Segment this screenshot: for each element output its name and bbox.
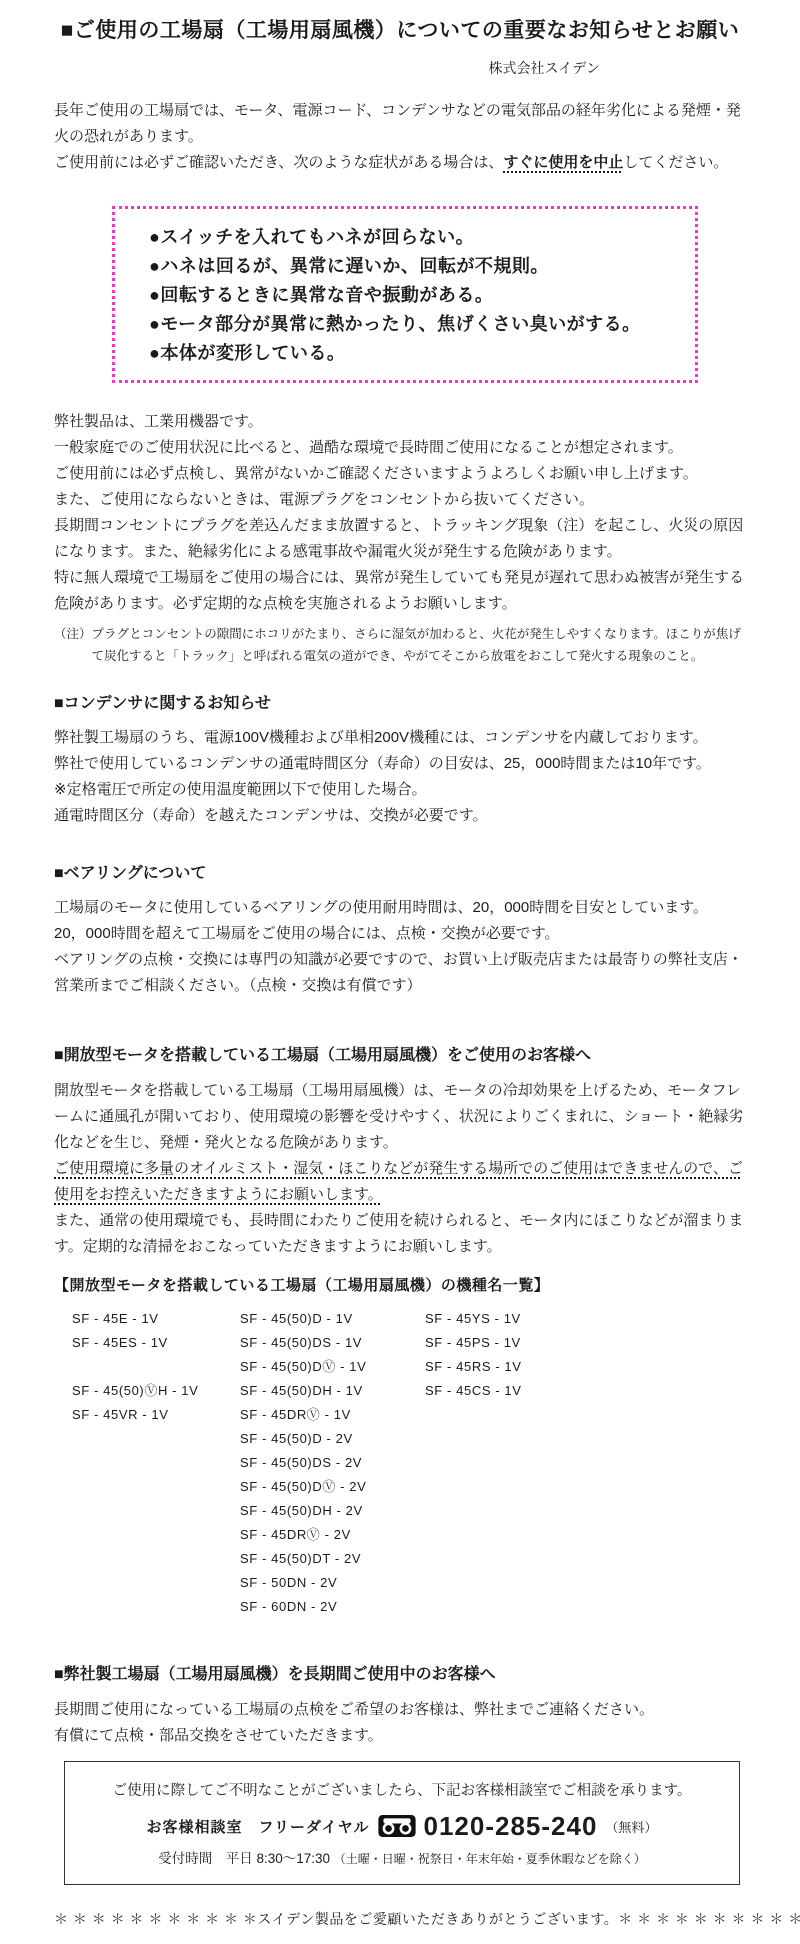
- section-heading-open-motor: ■開放型モータを搭載している工場扇（工場用扇風機）をご使用のお客様へ: [54, 1045, 746, 1067]
- stop-use-emphasis: すぐに使用を中止: [503, 154, 623, 171]
- model-name: SF - 45ES - 1V: [72, 1331, 240, 1355]
- bearing-paragraph: 工場扇のモータに使用しているベアリングの使用耐用時間は、20，000時間を目安と…: [54, 895, 746, 921]
- customer-support-box: ご使用に際してご不明なことがございましたら、下記お客様相談室でご相談を承ります。…: [64, 1761, 740, 1885]
- open-motor-paragraph-1: 開放型モータを搭載している工場扇（工場用扇風機）は、モータの冷却効果を上げるため…: [54, 1078, 746, 1156]
- thanks-footer: ＊ ＊ ＊ ＊ ＊ ＊ ＊ ＊ ＊ ＊ ＊スイデン製品をご愛顧いただきありがとう…: [54, 1909, 746, 1929]
- general-paragraph: ご使用前には必ず点検し、異常がないかご確認くださいますようよろしくお願い申し上げ…: [54, 461, 746, 487]
- intro-line-2-post: してください。: [623, 154, 728, 171]
- usage-restriction-emphasis: ご使用環境に多量のオイルミスト・湿気・ほこりなどが発生する場所でのご使用はできま…: [54, 1160, 743, 1203]
- condenser-paragraph: 通電時間区分（寿命）を越えたコンデンサは、交換が必要です。: [54, 803, 746, 829]
- long-use-paragraph: 長期間ご使用になっている工場扇の点検をご希望のお客様は、弊社までご連絡ください。: [54, 1697, 746, 1723]
- tracking-footnote: （注）プラグとコンセントの隙間にホコリがたまり、さらに湿気が加わると、火花が発生…: [54, 623, 746, 667]
- bearing-paragraph: ベアリングの点検・交換には専門の知識が必要ですので、お買い上げ販売店または最寄り…: [54, 947, 746, 999]
- model-name: SF - 45(50)DⓋ - 2V: [240, 1475, 425, 1499]
- phone-number: 0120-285-240: [424, 1810, 598, 1842]
- general-paragraph: 特に無人環境で工場扇をご使用の場合には、異常が発生していても発見が遅れて思わぬ被…: [54, 565, 746, 617]
- intro-section: 長年ご使用の工場扇では、モータ、電源コード、コンデンサなどの電気部品の経年劣化に…: [54, 98, 746, 176]
- model-name: SF - 45DRⓋ - 1V: [240, 1403, 425, 1427]
- model-list-heading: 【開放型モータを搭載している工場扇（工場用扇風機）の機種名一覧】: [54, 1275, 746, 1296]
- notice-document: ■ご使用の工場扇（工場用扇風機）についての重要なお知らせとお願い 株式会社スイデ…: [0, 0, 800, 1929]
- general-paragraph: 長期間コンセントにプラグを差込んだまま放置すると、トラッキング現象（注）を起こし…: [54, 513, 746, 565]
- section-heading-bearing: ■ベアリングについて: [54, 863, 746, 885]
- model-list-column-1: SF - 45E - 1V SF - 45ES - 1V SF - 45(50)…: [72, 1307, 240, 1619]
- model-name: SF - 45(50)DS - 2V: [240, 1451, 425, 1475]
- long-use-body: 長期間ご使用になっている工場扇の点検をご希望のお客様は、弊社までご連絡ください。…: [54, 1697, 746, 1749]
- hours-note: （土曜・日曜・祝祭日・年末年始・夏季休暇などを除く）: [334, 1852, 646, 1866]
- condenser-body: 弊社製工場扇のうち、電源100V機種および単相200V機種には、コンデンサを内蔵…: [54, 725, 746, 829]
- hours-label: 受付時間 平日 8:30～17:30: [158, 1851, 330, 1866]
- model-name: SF - 45(50)ⓋH - 1V: [72, 1379, 240, 1403]
- bearing-body: 工場扇のモータに使用しているベアリングの使用耐用時間は、20，000時間を目安と…: [54, 895, 746, 999]
- open-motor-paragraph-3: また、通常の使用環境でも、長時間にわたりご使用を続けられると、モータ内にほこりな…: [54, 1208, 746, 1260]
- symptom-item: ●スイッチを入れてもハネが回らない。: [149, 223, 685, 252]
- page-title: ■ご使用の工場扇（工場用扇風機）についての重要なお知らせとお願い: [54, 0, 746, 46]
- model-name: SF - 45DRⓋ - 2V: [240, 1523, 425, 1547]
- model-name: SF - 50DN - 2V: [240, 1571, 425, 1595]
- model-name: SF - 45RS - 1V: [425, 1355, 585, 1379]
- intro-line-2: ご使用前には必ずご確認いただき、次のような症状がある場合は、すぐに使用を中止して…: [54, 150, 746, 176]
- condenser-paragraph: 弊社で使用しているコンデンサの通電時間区分（寿命）の目安は、25，000時間また…: [54, 751, 746, 777]
- model-name: SF - 45(50)DH - 1V: [240, 1379, 425, 1403]
- contact-phone-row: お客様相談室 フリーダイヤル 0120-285-240 （無料）: [75, 1810, 729, 1842]
- general-paragraph: また、ご使用にならないときは、電源プラグをコンセントから抜いてください。: [54, 487, 746, 513]
- freedial-icon: [378, 1815, 416, 1837]
- condenser-paragraph: ※定格電圧で所定の使用温度範囲以下で使用した場合。: [54, 777, 746, 803]
- model-name: SF - 45PS - 1V: [425, 1331, 585, 1355]
- section-heading-condenser: ■コンデンサに関するお知らせ: [54, 693, 746, 715]
- condenser-paragraph: 弊社製工場扇のうち、電源100V機種および単相200V機種には、コンデンサを内蔵…: [54, 725, 746, 751]
- symptom-warning-box: ●スイッチを入れてもハネが回らない。 ●ハネは回るが、異常に遅いか、回転が不規則…: [112, 206, 698, 383]
- symptom-item: ●モータ部分が異常に熱かったり、焦げくさい臭いがする。: [149, 310, 685, 339]
- model-name: SF - 45(50)DH - 2V: [240, 1499, 425, 1523]
- intro-line-2-pre: ご使用前には必ずご確認いただき、次のような症状がある場合は、: [54, 154, 503, 171]
- general-paragraph: 一般家庭でのご使用状況に比べると、過酷な環境で長時間ご使用になることが想定されま…: [54, 435, 746, 461]
- symptom-item: ●回転するときに異常な音や振動がある。: [149, 281, 685, 310]
- model-name: SF - 45VR - 1V: [72, 1403, 240, 1427]
- contact-hours-row: 受付時間 平日 8:30～17:30 （土曜・日曜・祝祭日・年末年始・夏季休暇な…: [75, 1850, 729, 1868]
- model-list: SF - 45E - 1V SF - 45ES - 1V SF - 45(50)…: [54, 1307, 746, 1619]
- bearing-paragraph: 20，000時間を超えて工場扇をご使用の場合には、点検・交換が必要です。: [54, 921, 746, 947]
- intro-line-1: 長年ご使用の工場扇では、モータ、電源コード、コンデンサなどの電気部品の経年劣化に…: [54, 98, 746, 150]
- open-motor-paragraph-2: ご使用環境に多量のオイルミスト・湿気・ほこりなどが発生する場所でのご使用はできま…: [54, 1156, 746, 1208]
- contact-intro-line: ご使用に際してご不明なことがございましたら、下記お客様相談室でご相談を承ります。: [75, 1782, 729, 1800]
- freedial-label: お客様相談室 フリーダイヤル: [147, 1816, 370, 1837]
- symptom-item: ●ハネは回るが、異常に遅いか、回転が不規則。: [149, 252, 685, 281]
- model-name: SF - 45(50)DT - 2V: [240, 1547, 425, 1571]
- general-paragraph: 弊社製品は、工業用機器です。: [54, 409, 746, 435]
- model-name: SF - 60DN - 2V: [240, 1595, 425, 1619]
- phone-free-label: （無料）: [605, 1817, 657, 1836]
- model-name: SF - 45(50)D - 2V: [240, 1427, 425, 1451]
- model-name: SF - 45E - 1V: [72, 1307, 240, 1331]
- model-list-column-2: SF - 45(50)D - 1V SF - 45(50)DS - 1V SF …: [240, 1307, 425, 1619]
- model-name: SF - 45(50)DS - 1V: [240, 1331, 425, 1355]
- company-name: 株式会社スイデン: [54, 58, 746, 78]
- model-name: SF - 45(50)DⓋ - 1V: [240, 1355, 425, 1379]
- model-name: SF - 45YS - 1V: [425, 1307, 585, 1331]
- symptom-item: ●本体が変形している。: [149, 339, 685, 368]
- long-use-paragraph: 有償にて点検・部品交換をさせていただきます。: [54, 1723, 746, 1749]
- model-name: SF - 45(50)D - 1V: [240, 1307, 425, 1331]
- general-notes: 弊社製品は、工業用機器です。 一般家庭でのご使用状況に比べると、過酷な環境で長時…: [54, 409, 746, 617]
- model-name: [72, 1355, 240, 1379]
- open-motor-body: 開放型モータを搭載している工場扇（工場用扇風機）は、モータの冷却効果を上げるため…: [54, 1078, 746, 1260]
- section-heading-long-use: ■弊社製工場扇（工場用扇風機）を長期間ご使用中のお客様へ: [54, 1664, 746, 1686]
- model-list-column-3: SF - 45YS - 1V SF - 45PS - 1V SF - 45RS …: [425, 1307, 585, 1619]
- model-name: SF - 45CS - 1V: [425, 1379, 585, 1403]
